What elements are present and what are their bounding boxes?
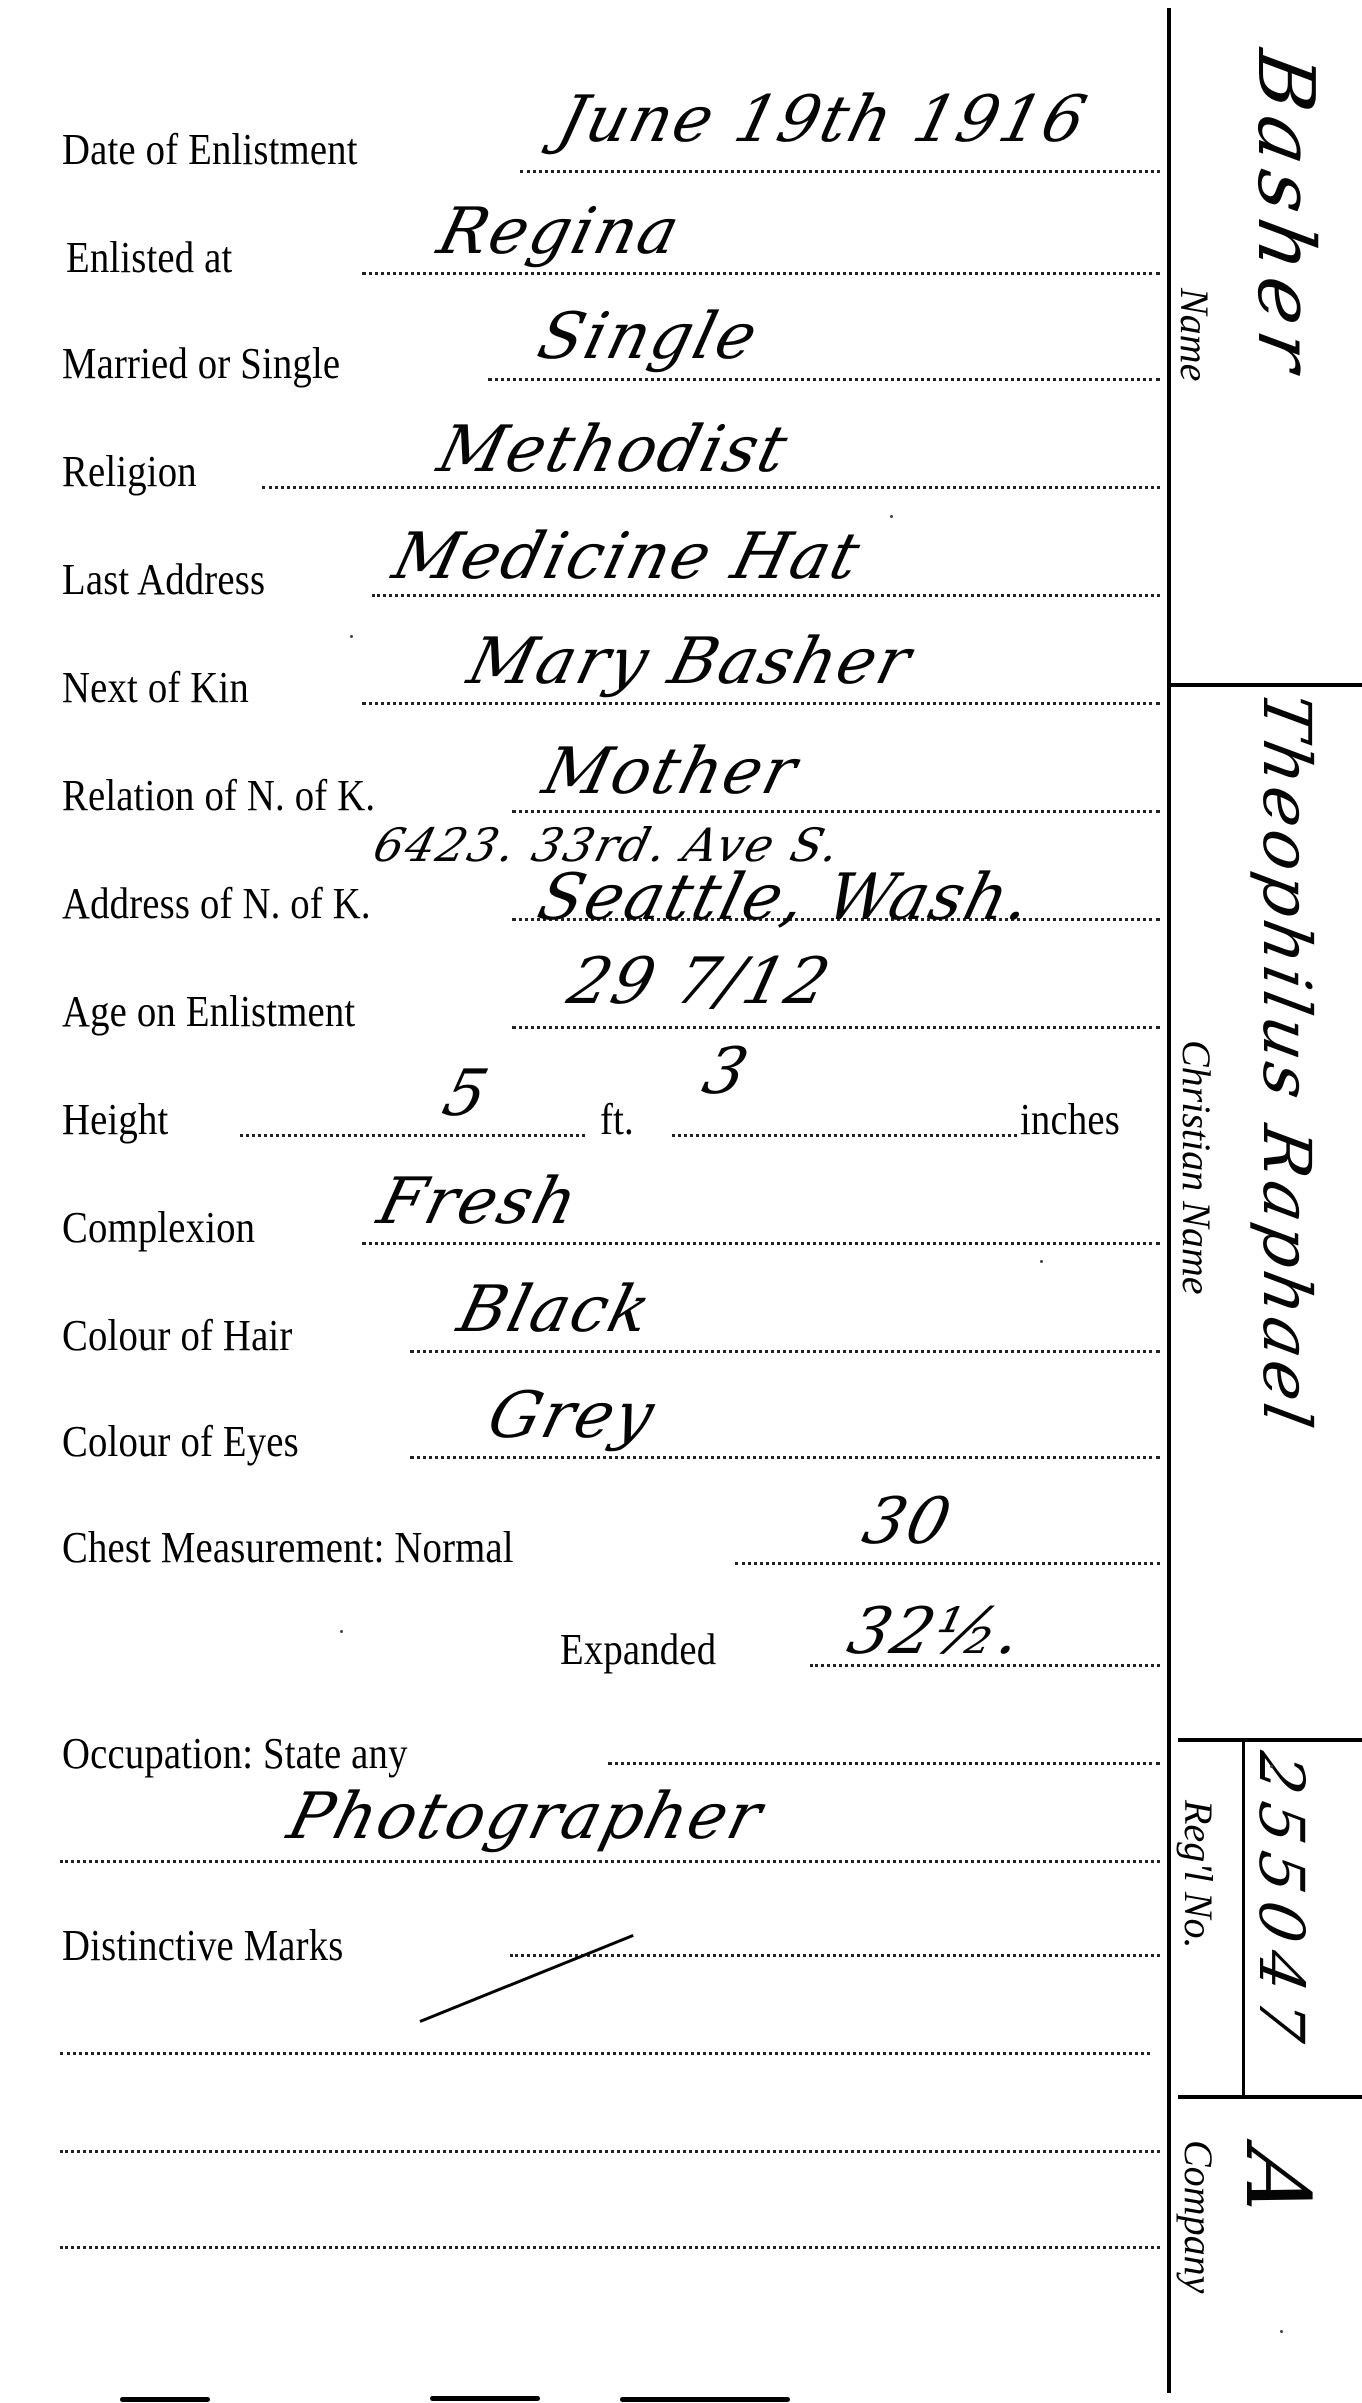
label-married-or-single: Married or Single	[62, 342, 340, 386]
value-religion[interactable]: Methodist	[432, 418, 795, 482]
label-height-inches: inches	[1020, 1098, 1120, 1142]
label-religion: Religion	[62, 450, 197, 494]
dotted-line	[362, 1242, 1160, 1245]
value-chest-expanded[interactable]: 32½.	[842, 1600, 1030, 1664]
value-colour-of-hair[interactable]: Black	[452, 1278, 658, 1342]
dotted-line-feet	[240, 1134, 585, 1137]
label-next-of-kin: Next of Kin	[62, 666, 249, 710]
value-colour-of-eyes[interactable]: Grey	[482, 1384, 662, 1448]
scan-speck	[1270, 1765, 1273, 1768]
scan-speck	[1280, 2330, 1283, 2333]
label-enlisted-at: Enlisted at	[66, 236, 232, 280]
value-relation-of-nok[interactable]: Mother	[537, 740, 804, 804]
dotted-line	[488, 378, 1160, 381]
side-label-regl-no: Reg'l No.	[1175, 1800, 1222, 1949]
value-age-on-enlistment[interactable]: 29 7/12	[562, 950, 837, 1014]
dotted-line-marks-3	[60, 2150, 1160, 2153]
value-date-of-enlistment[interactable]: June 19th 1916	[552, 88, 1094, 152]
dotted-line	[372, 594, 1160, 597]
label-chest-expanded: Expanded	[560, 1628, 716, 1672]
side-label-christian-name: Christian Name	[1173, 1040, 1220, 1294]
dotted-line-inches	[672, 1134, 1017, 1137]
side-label-name: Name	[1171, 288, 1218, 381]
side-value-christian-name[interactable]: Theophilus Raphael	[1248, 686, 1325, 1436]
scan-speck	[1040, 1260, 1043, 1263]
dotted-line	[608, 1762, 1160, 1765]
dotted-line-marks-2	[60, 2052, 1150, 2055]
value-height-feet[interactable]: 5	[437, 1062, 496, 1126]
dotted-line-occupation-2	[60, 1860, 1160, 1863]
value-address-of-nok[interactable]: Seattle, Wash.	[532, 866, 1039, 930]
side-label-company: Company	[1175, 2140, 1222, 2293]
dotted-line	[510, 1954, 1160, 1957]
label-distinctive-marks: Distinctive Marks	[62, 1924, 344, 1968]
scan-speck	[350, 635, 353, 638]
dotted-line-marks-4	[60, 2246, 1160, 2249]
scan-speck	[340, 1630, 343, 1633]
label-address-of-nok: Address of N. of K.	[62, 882, 371, 926]
side-value-company[interactable]: A	[1225, 2141, 1330, 2233]
scan-artifact	[120, 2397, 210, 2402]
dotted-line	[410, 1456, 1160, 1459]
label-relation-of-nok: Relation of N. of K.	[62, 774, 375, 818]
dotted-line	[520, 170, 1160, 173]
value-enlisted-at[interactable]: Regina	[432, 200, 687, 264]
label-colour-of-hair: Colour of Hair	[62, 1314, 292, 1358]
scan-artifact	[620, 2397, 790, 2402]
enlistment-record-card: Date of Enlistment June 19th 1916 Enlist…	[0, 0, 1362, 2403]
dotted-line	[512, 810, 1160, 813]
value-height-inches[interactable]: 3	[697, 1040, 756, 1104]
label-height-ft: ft.	[600, 1098, 634, 1142]
label-date-of-enlistment: Date of Enlistment	[62, 128, 358, 172]
value-distinctive-marks-stroke[interactable]	[419, 1934, 633, 2023]
label-chest-normal: Chest Measurement: Normal	[62, 1526, 514, 1570]
side-value-regl-no[interactable]: 255047	[1245, 1747, 1318, 2057]
label-occupation: Occupation: State any	[62, 1732, 408, 1776]
value-married-or-single[interactable]: Single	[532, 305, 765, 369]
dotted-line	[362, 272, 1160, 275]
side-divider-christian	[1178, 1738, 1362, 1742]
label-colour-of-eyes: Colour of Eyes	[62, 1420, 299, 1464]
value-chest-normal[interactable]: 30	[857, 1490, 958, 1554]
dotted-line	[512, 1026, 1160, 1029]
label-height: Height	[62, 1098, 168, 1142]
side-divider-name	[1171, 683, 1362, 687]
value-occupation[interactable]: Photographer	[282, 1785, 769, 1849]
scan-speck	[890, 515, 893, 518]
side-divider-regl	[1178, 2095, 1362, 2099]
dotted-line	[735, 1562, 1160, 1565]
value-complexion[interactable]: Fresh	[372, 1170, 585, 1234]
dotted-line	[410, 1350, 1160, 1353]
label-age-on-enlistment: Age on Enlistment	[62, 990, 355, 1034]
dotted-line	[362, 702, 1160, 705]
value-last-address[interactable]: Medicine Hat	[387, 525, 867, 589]
value-next-of-kin[interactable]: Mary Basher	[462, 630, 918, 694]
scan-artifact	[430, 2396, 540, 2401]
label-last-address: Last Address	[62, 558, 265, 602]
side-value-name[interactable]: Basher	[1240, 44, 1330, 385]
label-complexion: Complexion	[62, 1206, 255, 1250]
